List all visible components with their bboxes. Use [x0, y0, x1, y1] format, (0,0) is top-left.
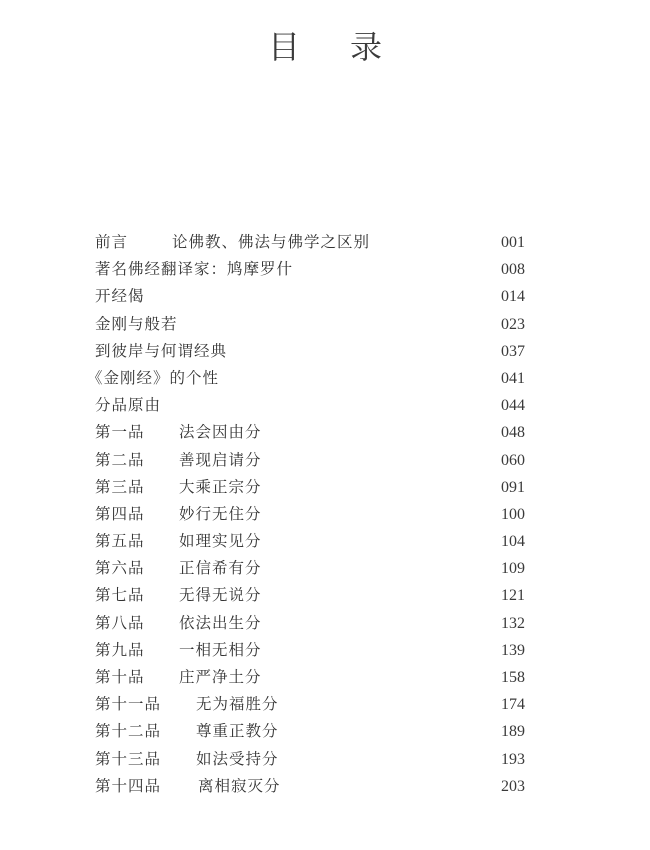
toc-entry-subtitle: 依法出生分 [179, 610, 262, 637]
toc-entry-chapter-6[interactable]: 第六品 正信希有分 109 [95, 555, 525, 582]
toc-entry-label: 第六品 [95, 555, 145, 582]
toc-entry-page: 109 [501, 555, 525, 582]
toc-entry-page: 193 [501, 746, 525, 773]
toc-entry-page: 104 [501, 528, 525, 555]
toc-entry-label: 开经偈 [95, 283, 145, 310]
toc-entry-chapter-12[interactable]: 第十二品 尊重正教分 189 [95, 718, 525, 745]
toc-entry-label: 第五品 [95, 528, 145, 555]
toc-entry-page: 037 [501, 338, 525, 365]
toc-entry-label: 《金刚经》的个性 [87, 365, 219, 392]
toc-entry-subtitle: 尊重正教分 [196, 718, 279, 745]
toc-entry-label: 第十四品 [95, 773, 161, 800]
table-of-contents: 前言 论佛教、佛法与佛学之区别 001 著名佛经翻译家：鸠摩罗什 008 开经偈… [95, 229, 525, 800]
toc-entry-label: 金刚与般若 [95, 311, 178, 338]
toc-entry-label: 第二品 [95, 447, 145, 474]
toc-entry-chapter-2[interactable]: 第二品 善现启请分 060 [95, 447, 525, 474]
toc-entry-chapter-10[interactable]: 第十品 庄严净土分 158 [95, 664, 525, 691]
toc-entry-chapter-9[interactable]: 第九品 一相无相分 139 [95, 637, 525, 664]
toc-entry-subtitle: 大乘正宗分 [179, 474, 262, 501]
toc-entry-chapter-11[interactable]: 第十一品 无为福胜分 174 [95, 691, 525, 718]
toc-entry-page: 001 [501, 229, 525, 256]
page-title: 目录 [0, 22, 650, 68]
toc-entry-page: 203 [501, 773, 525, 800]
toc-entry-label: 第七品 [95, 582, 145, 609]
toc-entry-label: 第十品 [95, 664, 145, 691]
toc-entry-subtitle: 庄严净土分 [179, 664, 262, 691]
toc-entry-label: 第十一品 [95, 691, 161, 718]
toc-page: 目录 前言 论佛教、佛法与佛学之区别 001 著名佛经翻译家：鸠摩罗什 008 … [0, 0, 650, 850]
toc-entry-subtitle: 无得无说分 [179, 582, 262, 609]
toc-entry-label: 前言 [95, 229, 128, 256]
toc-entry-subtitle: 一相无相分 [179, 637, 262, 664]
toc-entry-subtitle: 善现启请分 [179, 447, 262, 474]
toc-entry-subtitle: 法会因由分 [179, 419, 262, 446]
toc-entry-label: 著名佛经翻译家：鸠摩罗什 [95, 256, 293, 283]
toc-entry-subtitle: 妙行无住分 [179, 501, 262, 528]
toc-entry-label: 第九品 [95, 637, 145, 664]
toc-entry-chapter-7[interactable]: 第七品 无得无说分 121 [95, 582, 525, 609]
toc-entry[interactable]: 到彼岸与何谓经典 037 [95, 338, 525, 365]
toc-entry-page: 100 [501, 501, 525, 528]
toc-entry[interactable]: 金刚与般若 023 [95, 311, 525, 338]
toc-entry-label: 分品原由 [95, 392, 161, 419]
toc-entry-chapter-8[interactable]: 第八品 依法出生分 132 [95, 610, 525, 637]
toc-entry-label: 第八品 [95, 610, 145, 637]
toc-entry-subtitle: 如法受持分 [196, 746, 279, 773]
toc-entry-page: 014 [501, 283, 525, 310]
toc-entry[interactable]: 《金刚经》的个性 041 [95, 365, 525, 392]
toc-entry[interactable]: 著名佛经翻译家：鸠摩罗什 008 [95, 256, 525, 283]
toc-entry-page: 041 [501, 365, 525, 392]
toc-entry-chapter-3[interactable]: 第三品 大乘正宗分 091 [95, 474, 525, 501]
toc-entry-chapter-1[interactable]: 第一品 法会因由分 048 [95, 419, 525, 446]
toc-entry-subtitle: 如理实见分 [179, 528, 262, 555]
toc-entry-subtitle: 论佛教、佛法与佛学之区别 [172, 229, 370, 256]
toc-entry-page: 158 [501, 664, 525, 691]
toc-entry-preface[interactable]: 前言 论佛教、佛法与佛学之区别 001 [95, 229, 525, 256]
toc-entry-label: 第一品 [95, 419, 145, 446]
toc-entry-label: 第十二品 [95, 718, 161, 745]
toc-entry-page: 132 [501, 610, 525, 637]
toc-entry-subtitle: 无为福胜分 [196, 691, 279, 718]
toc-entry-chapter-13[interactable]: 第十三品 如法受持分 193 [95, 746, 525, 773]
toc-entry-page: 060 [501, 447, 525, 474]
title-char-1: 目 [268, 22, 300, 68]
toc-entry-label: 第十三品 [95, 746, 161, 773]
toc-entry-chapter-4[interactable]: 第四品 妙行无住分 100 [95, 501, 525, 528]
title-char-2: 录 [350, 22, 382, 68]
toc-entry-page: 189 [501, 718, 525, 745]
toc-entry[interactable]: 分品原由 044 [95, 392, 525, 419]
toc-entry-label: 第四品 [95, 501, 145, 528]
toc-entry-chapter-14[interactable]: 第十四品 离相寂灭分 203 [95, 773, 525, 800]
toc-entry-page: 121 [501, 582, 525, 609]
toc-entry-page: 023 [501, 311, 525, 338]
toc-entry-page: 091 [501, 474, 525, 501]
toc-entry-label: 到彼岸与何谓经典 [95, 338, 227, 365]
toc-entry-label: 第三品 [95, 474, 145, 501]
toc-entry-page: 139 [501, 637, 525, 664]
toc-entry-subtitle: 正信希有分 [179, 555, 262, 582]
toc-entry-page: 044 [501, 392, 525, 419]
toc-entry-page: 048 [501, 419, 525, 446]
toc-entry-page: 174 [501, 691, 525, 718]
toc-entry-chapter-5[interactable]: 第五品 如理实见分 104 [95, 528, 525, 555]
toc-entry-subtitle: 离相寂灭分 [198, 773, 281, 800]
toc-entry[interactable]: 开经偈 014 [95, 283, 525, 310]
toc-entry-page: 008 [501, 256, 525, 283]
